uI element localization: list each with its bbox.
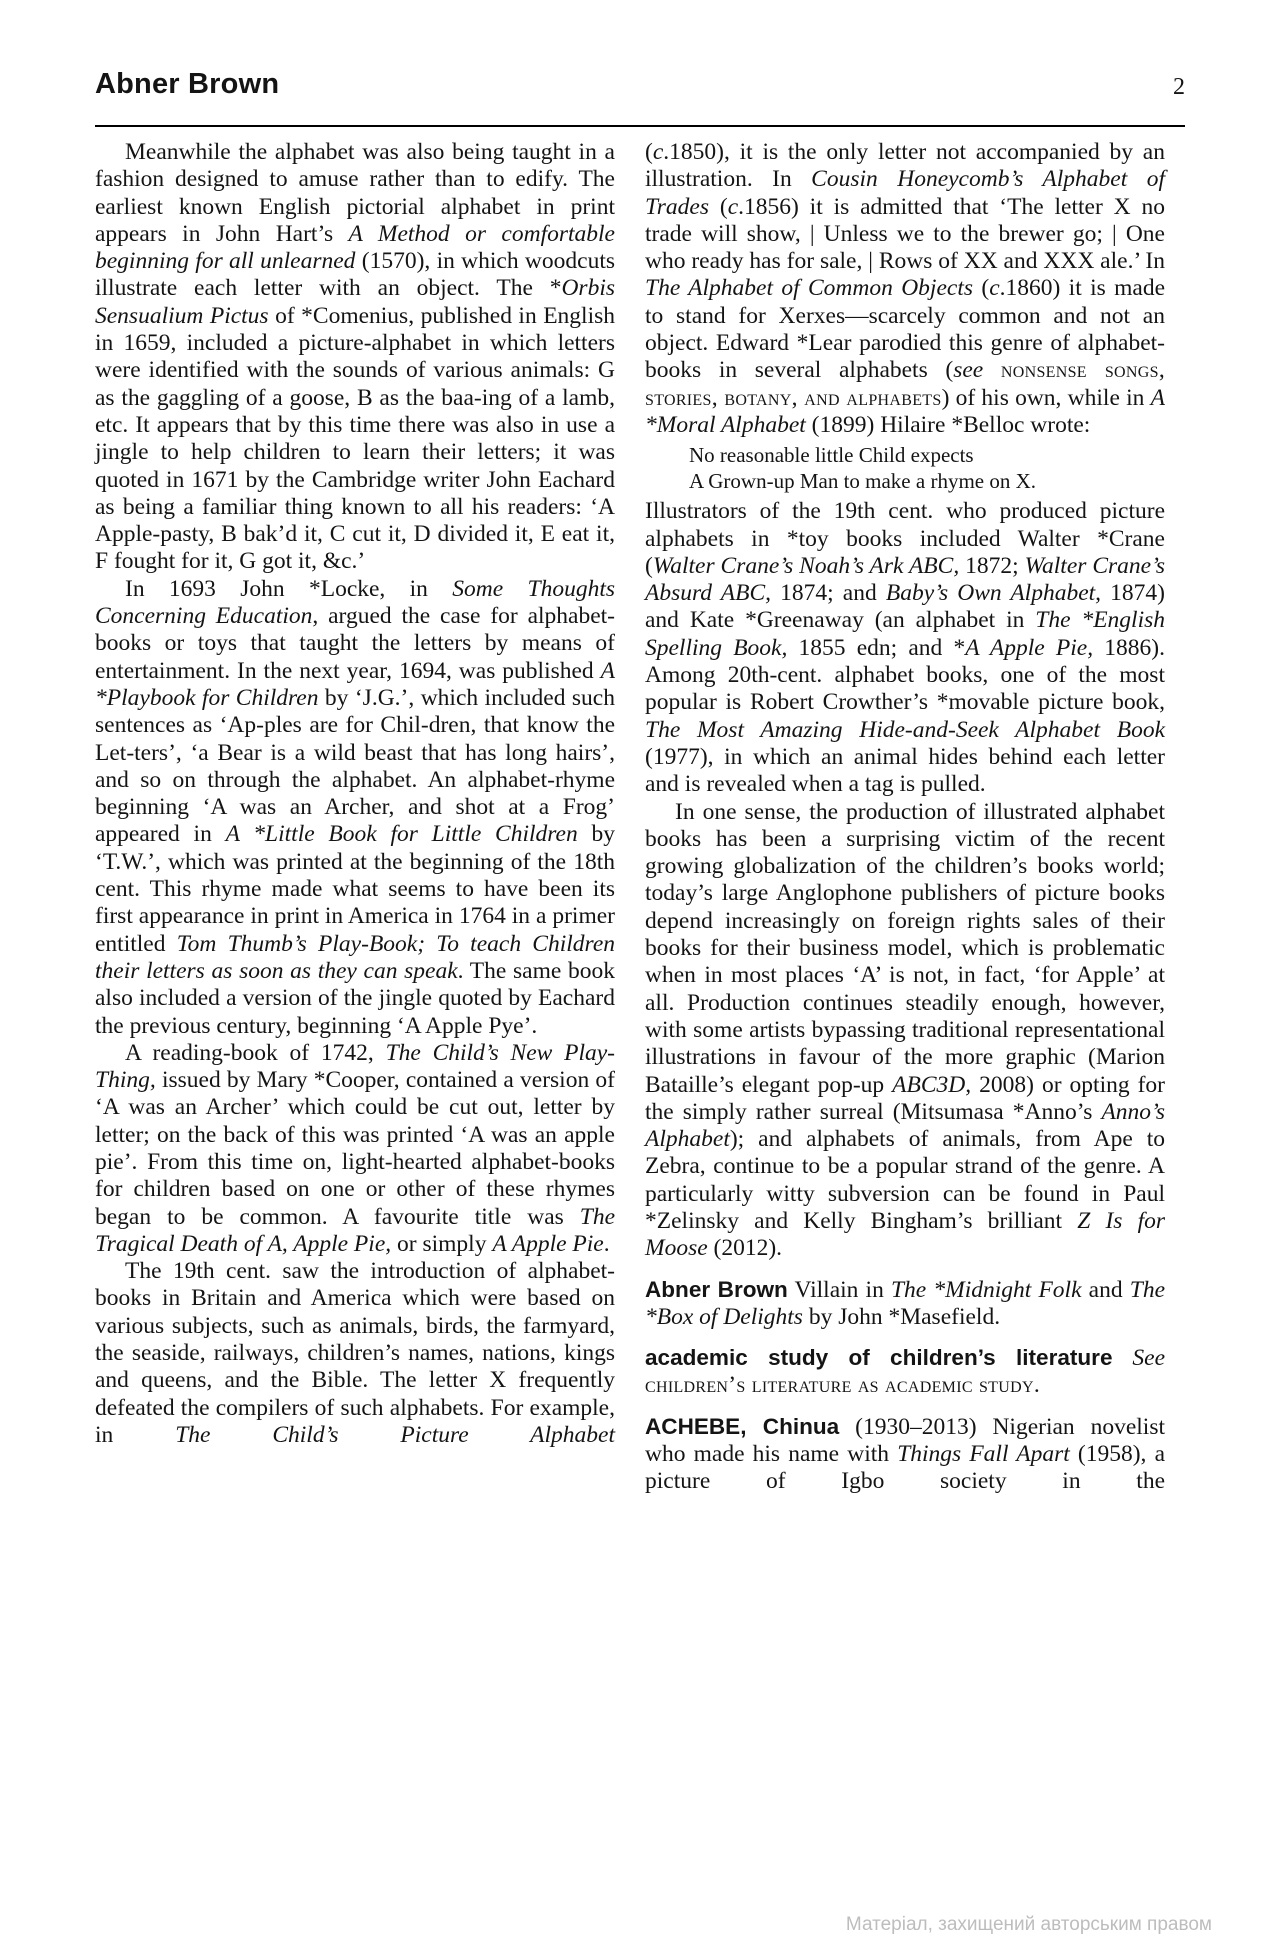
column-left: Meanwhile the alphabet was also being ta… — [95, 139, 615, 1496]
italic-text: The Most Amazing Hide-and-Seek Alphabet … — [645, 717, 1165, 743]
body-paragraph: In 1693 John *Locke, in Some Thoughts Co… — [95, 576, 615, 1040]
body-paragraph: (c.1850), it is the only letter not acco… — [645, 139, 1165, 439]
text-run: and — [1082, 1277, 1130, 1303]
content-columns: Meanwhile the alphabet was also being ta… — [95, 139, 1185, 1496]
body-paragraph: In one sense, the production of illustra… — [645, 799, 1165, 1263]
body-paragraph: Meanwhile the alphabet was also being ta… — [95, 139, 615, 576]
column-right: (c.1850), it is the only letter not acco… — [645, 139, 1165, 1496]
text-run — [983, 357, 1001, 383]
text-run: issued by Mary *Cooper, contained a vers… — [95, 1067, 615, 1229]
italic-text: The Child’s Picture Alphabet — [175, 1422, 615, 1448]
text-run: In one sense, the production of illustra… — [645, 799, 1165, 1098]
italic-text: The Alphabet of Common Objects — [645, 275, 973, 301]
page-header: Abner Brown 2 — [95, 70, 1185, 127]
text-run: . — [1034, 1372, 1040, 1398]
entry-headword: academic study of children’s literature — [645, 1345, 1112, 1370]
running-head: Abner Brown — [95, 70, 279, 99]
text-run: In 1693 John *Locke, in — [125, 576, 452, 602]
italic-text: See — [1132, 1345, 1165, 1371]
text-run: (2012). — [708, 1235, 782, 1261]
text-run: (1977), in which an animal hides behind … — [645, 744, 1165, 797]
italic-text: see — [953, 357, 983, 383]
body-paragraph: The 19th cent. saw the introduction of a… — [95, 1258, 615, 1449]
text-run: ( — [645, 139, 653, 165]
text-run: 1874; and — [771, 580, 886, 606]
body-paragraph: Illustrators of the 19th cent. who produ… — [645, 498, 1165, 798]
text-run: of *Comenius, published in English in 16… — [95, 303, 615, 575]
page-number: 2 — [1173, 75, 1185, 99]
copyright-watermark: Матеріал, захищений авторським правом — [846, 1914, 1212, 1936]
italic-text: c — [728, 194, 738, 220]
body-paragraph: A reading-book of 1742, The Child’s New … — [95, 1040, 615, 1258]
text-run: . — [604, 1231, 610, 1257]
text-run: A reading-book of 1742, — [125, 1040, 386, 1066]
italic-text: Things Fall Apart — [897, 1441, 1070, 1467]
italic-text: The *Midnight Folk — [891, 1277, 1082, 1303]
verse-line: A Grown-up Man to make a rhyme on X. — [689, 468, 1165, 494]
text-run: by John *Masefield. — [803, 1304, 1000, 1330]
italic-text: c — [653, 139, 663, 165]
entry-headword: Abner Brown — [645, 1277, 788, 1302]
text-run: 1872; — [959, 553, 1024, 579]
text-run: Villain in — [788, 1277, 891, 1303]
text-run: ) of his own, while in — [942, 385, 1151, 411]
text-run: 1855 edn; and * — [787, 635, 965, 661]
text-run — [1112, 1345, 1132, 1371]
dictionary-page: Abner Brown 2 Meanwhile the alphabet was… — [0, 0, 1280, 1958]
verse-quote: No reasonable little Child expectsA Grow… — [689, 442, 1165, 494]
entry-paragraph: academic study of children’s literature … — [645, 1344, 1165, 1400]
text-run: ( — [973, 275, 989, 301]
italic-text: A Apple Pie, — [965, 635, 1093, 661]
text-run: ( — [709, 194, 728, 220]
italic-text: A *Little Book for Little Children — [226, 821, 578, 847]
italic-text: A Apple Pie — [492, 1231, 603, 1257]
text-run: (1899) Hilaire *Belloc wrote: — [806, 412, 1091, 438]
italic-text: Walter Crane’s Noah’s Ark ABC, — [653, 553, 959, 579]
entry-headword: ACHEBE, Chinua — [645, 1414, 839, 1439]
verse-line: No reasonable little Child expects — [689, 442, 1165, 468]
cross-reference: children’s literature as academic study — [645, 1372, 1034, 1398]
text-run: or simply — [391, 1231, 492, 1257]
italic-text: Baby’s Own Alphabet, — [886, 580, 1101, 606]
entry-paragraph: Abner Brown Villain in The *Midnight Fol… — [645, 1276, 1165, 1332]
text-run: The 19th cent. saw the introduction of a… — [95, 1258, 615, 1448]
entry-paragraph: ACHEBE, Chinua (1930–2013) Nigerian nove… — [645, 1413, 1165, 1496]
italic-text: c — [989, 275, 999, 301]
italic-text: ABC3D, — [892, 1072, 971, 1098]
